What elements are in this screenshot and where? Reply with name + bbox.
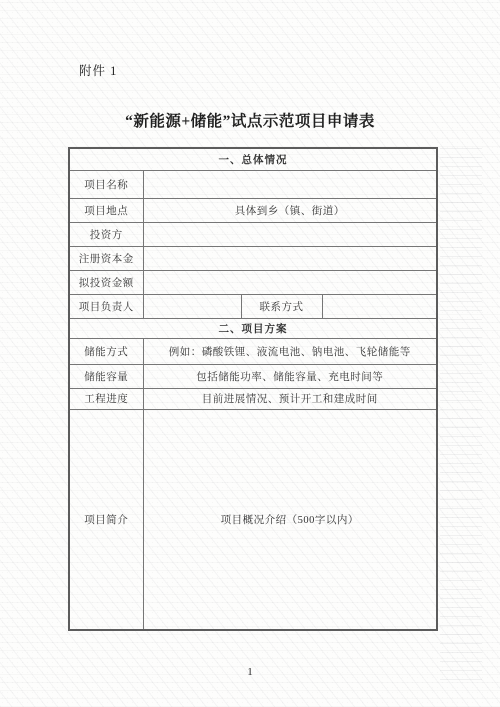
field-value-project-progress: 目前进展情况、预计开工和建成时间 bbox=[143, 388, 437, 409]
table-row-project-leader: 项目负责人 联系方式 bbox=[69, 294, 437, 318]
field-value-storage-capacity: 包括储能功率、储能容量、充电时间等 bbox=[143, 364, 437, 388]
section1-header: 一、总体情况 bbox=[69, 148, 437, 170]
table-row-planned-investment: 拟投资金额 bbox=[69, 270, 437, 294]
field-value-project-name bbox=[143, 170, 437, 198]
field-value-contact-info bbox=[322, 294, 437, 318]
scanned-form-page: 附件 1 “新能源+储能”试点示范项目申请表 一、总体情况 项目名称 项目地点 … bbox=[0, 0, 500, 707]
field-value-project-location: 具体到乡（镇、街道） bbox=[143, 198, 437, 222]
field-value-registered-capital bbox=[143, 246, 437, 270]
field-label-project-progress: 工程进度 bbox=[69, 388, 143, 409]
field-value-project-summary: 项目概况介绍（500字以内） bbox=[143, 409, 437, 630]
section1-header-row: 一、总体情况 bbox=[69, 148, 437, 170]
field-value-planned-investment bbox=[143, 270, 437, 294]
table-row-registered-capital: 注册资本金 bbox=[69, 246, 437, 270]
field-value-project-leader bbox=[143, 294, 241, 318]
section2-header: 二、项目方案 bbox=[69, 318, 437, 338]
table-row-project-progress: 工程进度 目前进展情况、预计开工和建成时间 bbox=[69, 388, 437, 409]
field-value-investor bbox=[143, 222, 437, 246]
field-label-project-summary: 项目简介 bbox=[69, 409, 143, 630]
table-row-project-location: 项目地点 具体到乡（镇、街道） bbox=[69, 198, 437, 222]
table-row-storage-capacity: 储能容量 包括储能功率、储能容量、充电时间等 bbox=[69, 364, 437, 388]
field-label-investor: 投资方 bbox=[69, 222, 143, 246]
table-row-storage-method: 储能方式 例如：磷酸铁锂、液流电池、钠电池、飞轮储能等 bbox=[69, 338, 437, 364]
field-label-project-leader: 项目负责人 bbox=[69, 294, 143, 318]
table-row-investor: 投资方 bbox=[69, 222, 437, 246]
field-label-project-name: 项目名称 bbox=[69, 170, 143, 198]
table-row-project-name: 项目名称 bbox=[69, 170, 437, 198]
field-label-storage-method: 储能方式 bbox=[69, 338, 143, 364]
attachment-label: 附件 1 bbox=[79, 61, 117, 79]
application-form-table: 一、总体情况 项目名称 项目地点 具体到乡（镇、街道） 投资方 注册资本金 拟投… bbox=[68, 147, 438, 631]
table-row-project-summary: 项目简介 项目概况介绍（500字以内） bbox=[69, 409, 437, 630]
field-value-storage-method: 例如：磷酸铁锂、液流电池、钠电池、飞轮储能等 bbox=[143, 338, 437, 364]
field-label-planned-investment: 拟投资金额 bbox=[69, 270, 143, 294]
field-label-storage-capacity: 储能容量 bbox=[69, 364, 143, 388]
field-label-contact-info: 联系方式 bbox=[241, 294, 322, 318]
section2-header-row: 二、项目方案 bbox=[69, 318, 437, 338]
document-title: “新能源+储能”试点示范项目申请表 bbox=[0, 109, 500, 131]
field-label-registered-capital: 注册资本金 bbox=[69, 246, 143, 270]
field-label-project-location: 项目地点 bbox=[69, 198, 143, 222]
page-number: 1 bbox=[0, 666, 500, 678]
